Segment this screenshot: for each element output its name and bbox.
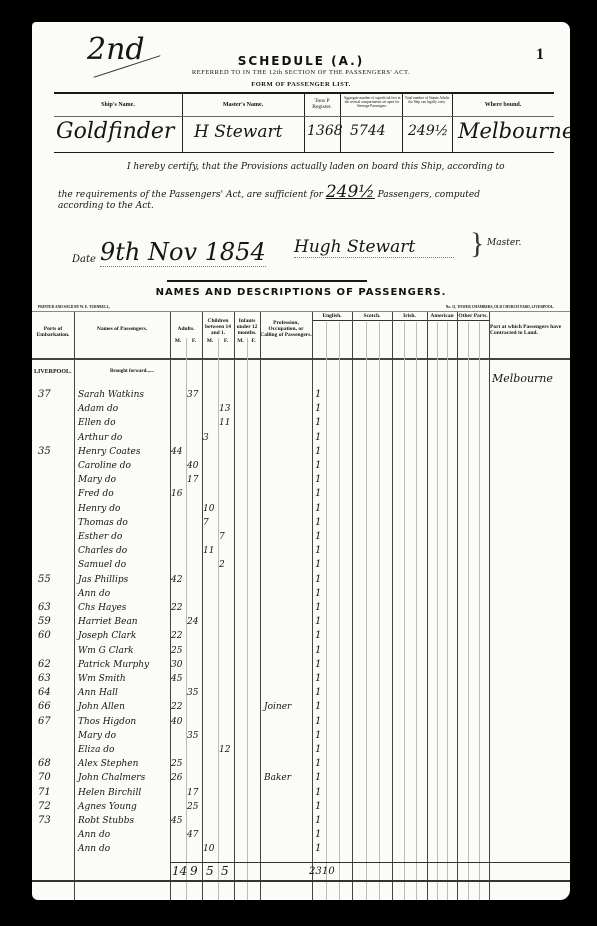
cell-cm: [203, 587, 218, 601]
cell-name: Henry Coates: [78, 445, 168, 459]
table-row: 37Sarah Watkins371: [32, 388, 570, 402]
header-children: Children between 14 and 1.: [202, 318, 234, 336]
cell-no: 62: [38, 658, 68, 672]
cell-af: [187, 502, 202, 516]
cell-cm: [203, 402, 218, 416]
cell-prof: [264, 786, 310, 800]
cell-eng: 1: [315, 672, 325, 686]
cell-cm: [203, 658, 218, 672]
cell-cm: [203, 715, 218, 729]
cell-am: 26: [171, 771, 186, 785]
cell-cm: 3: [203, 431, 218, 445]
statute-adults-value: 249½: [408, 123, 448, 139]
cell-prof: [264, 828, 310, 842]
cell-prof: [264, 587, 310, 601]
table-row: 70John Chalmers26Baker1: [32, 771, 570, 785]
cell-prof: [264, 672, 310, 686]
cell-eng: 1: [315, 530, 325, 544]
brought-forward-label: Brought forward......: [110, 369, 154, 374]
cell-am: [171, 828, 186, 842]
cell-prof: [264, 487, 310, 501]
cell-cf: [219, 700, 234, 714]
cell-cf: 2: [219, 558, 234, 572]
cell-af: [187, 516, 202, 530]
header-master-name: Master's Name.: [182, 102, 304, 108]
cell-prof: [264, 715, 310, 729]
cell-prof: [264, 629, 310, 643]
cell-eng: 1: [315, 445, 325, 459]
cell-name: Ellen do: [78, 416, 168, 430]
cell-am: 16: [171, 487, 186, 501]
cell-eng: 1: [315, 388, 325, 402]
cell-name: Fred do: [78, 487, 168, 501]
cell-name: Alex Stephen: [78, 757, 168, 771]
cell-am: [171, 516, 186, 530]
cell-eng: 1: [315, 715, 325, 729]
cell-am: [171, 431, 186, 445]
cell-name: Thos Higdon: [78, 715, 168, 729]
superficial-feet-value: 5744: [350, 123, 386, 139]
cell-cm: [203, 629, 218, 643]
cell-af: [187, 842, 202, 856]
header-port: Ports of Embarkation.: [32, 326, 74, 338]
cell-am: 25: [171, 644, 186, 658]
cell-prof: [264, 502, 310, 516]
header-where-bound: Where bound.: [452, 102, 554, 108]
where-bound-value: Melbourne: [458, 119, 570, 143]
cell-eng: 1: [315, 601, 325, 615]
cell-no: [38, 558, 68, 572]
table-row: 64Ann Hall351: [32, 686, 570, 700]
schedule-title: SCHEDULE (A.): [32, 54, 570, 68]
cell-eng: 1: [315, 459, 325, 473]
cell-no: [38, 743, 68, 757]
table-row: Thomas do71: [32, 516, 570, 530]
cell-no: [38, 544, 68, 558]
cell-af: [187, 416, 202, 430]
cell-eng: 1: [315, 842, 325, 856]
header-profession: Profession, Occupation, or Calling of Pa…: [260, 320, 312, 338]
certificate-line-3: according to the Act.: [58, 201, 154, 211]
cell-name: Caroline do: [78, 459, 168, 473]
cell-af: 17: [187, 473, 202, 487]
cell-eng: 1: [315, 402, 325, 416]
tons-value: 1368: [307, 123, 343, 139]
ship-name-value: Goldfinder: [56, 119, 174, 144]
passenger-list-document: 2nd 1 SCHEDULE (A.) REFERRED TO IN THE 1…: [32, 22, 570, 900]
cell-name: Robt Stubbs: [78, 814, 168, 828]
cell-cf: [219, 516, 234, 530]
cell-af: [187, 601, 202, 615]
table-row: Henry do101: [32, 502, 570, 516]
cell-eng: 1: [315, 516, 325, 530]
cell-prof: Baker: [264, 771, 310, 785]
cell-am: [171, 587, 186, 601]
cell-eng: 1: [315, 416, 325, 430]
cell-prof: [264, 757, 310, 771]
cell-no: [38, 530, 68, 544]
cell-no: [38, 487, 68, 501]
cell-eng: 1: [315, 757, 325, 771]
cell-am: [171, 544, 186, 558]
cell-no: 59: [38, 615, 68, 629]
cell-prof: [264, 814, 310, 828]
cell-no: [38, 729, 68, 743]
cell-no: 37: [38, 388, 68, 402]
cell-am: [171, 402, 186, 416]
cell-cm: [203, 800, 218, 814]
cell-eng: 1: [315, 828, 325, 842]
cell-eng: 1: [315, 743, 325, 757]
cell-prof: [264, 402, 310, 416]
cell-cm: [203, 672, 218, 686]
master-label: Master.: [487, 238, 521, 248]
cell-name: Eliza do: [78, 743, 168, 757]
cell-af: 40: [187, 459, 202, 473]
table-row: Ellen do111: [32, 416, 570, 430]
certificate-line-2a: the requirements of the Passengers' Act,…: [58, 190, 323, 200]
cell-no: [38, 516, 68, 530]
cell-cm: [203, 530, 218, 544]
cell-cm: [203, 459, 218, 473]
cell-cf: [219, 686, 234, 700]
cell-name: John Allen: [78, 700, 168, 714]
table-row: 63Chs Hayes221: [32, 601, 570, 615]
table-row: 60Joseph Clark221: [32, 629, 570, 643]
cell-name: Ann Hall: [78, 686, 168, 700]
cell-no: 72: [38, 800, 68, 814]
cell-prof: [264, 601, 310, 615]
destination-port-value: Melbourne: [492, 372, 553, 385]
cell-am: [171, 842, 186, 856]
total-children-m: 5: [206, 864, 214, 878]
cell-cf: [219, 459, 234, 473]
table-row: Eliza do121: [32, 743, 570, 757]
cell-cm: [203, 686, 218, 700]
cell-name: Ann do: [78, 828, 168, 842]
table-row: Mary do171: [32, 473, 570, 487]
cell-name: Ann do: [78, 842, 168, 856]
cell-name: Agnes Young: [78, 800, 168, 814]
cell-no: [38, 416, 68, 430]
cell-name: Esther do: [78, 530, 168, 544]
cell-cf: [219, 445, 234, 459]
schedule-subtitle: REFERRED TO IN THE 12th SECTION OF THE P…: [32, 69, 570, 76]
cell-cf: [219, 629, 234, 643]
cell-eng: 1: [315, 502, 325, 516]
cell-cf: [219, 431, 234, 445]
table-row: 62Patrick Murphy301: [32, 658, 570, 672]
cell-eng: 1: [315, 629, 325, 643]
cell-cm: [203, 700, 218, 714]
cell-cm: [203, 757, 218, 771]
cell-af: [187, 487, 202, 501]
ship-table: Ship's Name. Master's Name. Tons P Regis…: [54, 94, 554, 154]
table-row: Samuel do21: [32, 558, 570, 572]
passengers-section-title: NAMES AND DESCRIPTIONS OF PASSENGERS.: [32, 287, 570, 298]
cell-eng: 1: [315, 771, 325, 785]
cell-name: Ann do: [78, 587, 168, 601]
cell-no: 55: [38, 573, 68, 587]
cell-prof: [264, 473, 310, 487]
date-label: Date: [72, 254, 96, 265]
cell-am: [171, 743, 186, 757]
cell-prof: [264, 516, 310, 530]
cell-am: 45: [171, 814, 186, 828]
total-children-f: 5: [221, 864, 229, 878]
cell-am: 22: [171, 601, 186, 615]
cell-cf: [219, 672, 234, 686]
cell-cf: [219, 487, 234, 501]
certificate-line-2b: Passengers, computed: [378, 190, 480, 200]
header-destination-port: Port at which Passengers have Contracted…: [490, 324, 568, 336]
cell-am: 42: [171, 573, 186, 587]
table-row: 66John Allen22Joiner1: [32, 700, 570, 714]
cell-cf: 13: [219, 402, 234, 416]
cell-cm: [203, 644, 218, 658]
cell-name: Joseph Clark: [78, 629, 168, 643]
cell-cm: [203, 771, 218, 785]
cell-no: [38, 644, 68, 658]
certificate-line-1: I hereby certify, that the Provisions ac…: [127, 162, 505, 172]
cell-no: [38, 402, 68, 416]
cell-prof: [264, 445, 310, 459]
cell-eng: 1: [315, 686, 325, 700]
cell-cf: [219, 658, 234, 672]
cell-am: [171, 416, 186, 430]
cell-cm: [203, 388, 218, 402]
cell-cf: 12: [219, 743, 234, 757]
cell-prof: [264, 615, 310, 629]
cell-no: [38, 587, 68, 601]
cell-af: 24: [187, 615, 202, 629]
cell-prof: [264, 388, 310, 402]
table-row: 63Wm Smith451: [32, 672, 570, 686]
header-ship-name: Ship's Name.: [54, 102, 182, 108]
table-row: Mary do351: [32, 729, 570, 743]
cell-eng: 1: [315, 587, 325, 601]
cell-cm: [203, 473, 218, 487]
table-row: 59Harriet Bean241: [32, 615, 570, 629]
cell-af: [187, 672, 202, 686]
cell-no: [38, 842, 68, 856]
cell-af: [187, 558, 202, 572]
certificate-line-2: the requirements of the Passengers' Act,…: [58, 182, 480, 202]
table-row: 72Agnes Young251: [32, 800, 570, 814]
cell-cf: [219, 573, 234, 587]
cell-cm: 10: [203, 842, 218, 856]
cell-af: 47: [187, 828, 202, 842]
cell-cf: [219, 842, 234, 856]
cell-no: 63: [38, 672, 68, 686]
table-row: Wm G Clark251: [32, 644, 570, 658]
header-names: Names of Passengers.: [74, 326, 170, 332]
total-english-adults: 23: [309, 866, 322, 877]
cell-af: [187, 402, 202, 416]
cell-af: 37: [187, 388, 202, 402]
cell-eng: 1: [315, 473, 325, 487]
cell-name: Wm Smith: [78, 672, 168, 686]
cell-af: 25: [187, 800, 202, 814]
cell-eng: 1: [315, 658, 325, 672]
cell-cf: [219, 715, 234, 729]
cell-no: 63: [38, 601, 68, 615]
cell-name: Arthur do: [78, 431, 168, 445]
cell-eng: 1: [315, 800, 325, 814]
table-row: 67Thos Higdon401: [32, 715, 570, 729]
cell-cm: [203, 743, 218, 757]
cell-af: [187, 587, 202, 601]
cell-name: Harriet Bean: [78, 615, 168, 629]
cell-am: 22: [171, 629, 186, 643]
cell-cm: [203, 487, 218, 501]
cell-no: 60: [38, 629, 68, 643]
cell-af: 35: [187, 686, 202, 700]
cell-am: 22: [171, 700, 186, 714]
cell-am: [171, 800, 186, 814]
cell-am: [171, 502, 186, 516]
cell-cf: [219, 800, 234, 814]
table-row: Caroline do401: [32, 459, 570, 473]
cell-am: [171, 729, 186, 743]
cell-no: 64: [38, 686, 68, 700]
cell-cm: 11: [203, 544, 218, 558]
table-row: 55Jas Phillips421: [32, 573, 570, 587]
cell-cf: [219, 601, 234, 615]
signature-brace: }: [470, 227, 484, 261]
cell-name: Mary do: [78, 729, 168, 743]
header-scotch: Scotch.: [352, 313, 392, 319]
cell-af: [187, 743, 202, 757]
header-english: English.: [312, 313, 352, 319]
cell-af: [187, 445, 202, 459]
cell-name: Adam do: [78, 402, 168, 416]
cell-cf: [219, 786, 234, 800]
cell-cf: [219, 544, 234, 558]
cell-no: 70: [38, 771, 68, 785]
master-name-value: H Stewart: [194, 122, 282, 142]
cell-af: [187, 431, 202, 445]
cell-prof: [264, 644, 310, 658]
cell-prof: [264, 686, 310, 700]
cell-af: [187, 658, 202, 672]
cell-no: [38, 502, 68, 516]
cell-am: [171, 686, 186, 700]
cell-cf: [219, 644, 234, 658]
cell-cf: 11: [219, 416, 234, 430]
cell-af: [187, 629, 202, 643]
header-tons: Tons P Register.: [306, 98, 338, 110]
cell-cm: [203, 615, 218, 629]
cell-name: Charles do: [78, 544, 168, 558]
cell-cm: [203, 573, 218, 587]
table-row: Adam do131: [32, 402, 570, 416]
cell-name: Henry do: [78, 502, 168, 516]
cell-cf: [219, 473, 234, 487]
cell-af: 35: [187, 729, 202, 743]
date-value: 9th Nov 1854: [100, 238, 266, 267]
cell-cf: [219, 828, 234, 842]
cell-name: Samuel do: [78, 558, 168, 572]
cell-eng: 1: [315, 786, 325, 800]
cell-cm: [203, 729, 218, 743]
cell-af: [187, 544, 202, 558]
cell-name: Wm G Clark: [78, 644, 168, 658]
cell-name: Chs Hayes: [78, 601, 168, 615]
cell-eng: 1: [315, 544, 325, 558]
port-of-embarkation: LIVERPOOL.: [34, 369, 72, 375]
cell-eng: 1: [315, 558, 325, 572]
header-adults: Adults.: [170, 326, 202, 332]
master-signature: Hugh Stewart: [294, 237, 454, 258]
cell-name: Helen Birchill: [78, 786, 168, 800]
cell-name: John Chalmers: [78, 771, 168, 785]
cell-name: Thomas do: [78, 516, 168, 530]
cell-af: [187, 700, 202, 714]
cell-cf: 7: [219, 530, 234, 544]
cell-am: [171, 558, 186, 572]
cell-am: [171, 388, 186, 402]
header-other-parts: Other Parts.: [457, 313, 489, 319]
table-row: Ann do101: [32, 842, 570, 856]
cell-eng: 1: [315, 700, 325, 714]
cell-cm: [203, 814, 218, 828]
cell-cm: 7: [203, 516, 218, 530]
cell-no: [38, 828, 68, 842]
cell-prof: [264, 573, 310, 587]
printer-credit: PRINTED AND SOLD BY W. E. TURNBULL,: [38, 305, 110, 309]
cell-no: 35: [38, 445, 68, 459]
cell-am: [171, 473, 186, 487]
header-superficial-feet: Aggregate number of superficial feet in …: [343, 96, 401, 108]
header-irish: Irish.: [392, 313, 427, 319]
cell-name: Jas Phillips: [78, 573, 168, 587]
cell-cf: [219, 388, 234, 402]
cell-no: [38, 473, 68, 487]
cell-prof: [264, 658, 310, 672]
cell-name: Mary do: [78, 473, 168, 487]
table-row: Arthur do31: [32, 431, 570, 445]
table-row: 68Alex Stephen251: [32, 757, 570, 771]
cell-af: [187, 771, 202, 785]
cell-am: 25: [171, 757, 186, 771]
cell-no: 66: [38, 700, 68, 714]
cell-prof: [264, 530, 310, 544]
cell-af: [187, 814, 202, 828]
cell-prof: Joiner: [264, 700, 310, 714]
cell-prof: [264, 800, 310, 814]
cell-cm: [203, 786, 218, 800]
cell-am: [171, 530, 186, 544]
cell-cf: [219, 502, 234, 516]
cell-am: [171, 615, 186, 629]
table-row: Esther do71: [32, 530, 570, 544]
cell-cm: [203, 445, 218, 459]
cell-eng: 1: [315, 431, 325, 445]
header-infants: Infants under 12 months.: [234, 318, 260, 336]
cell-prof: [264, 416, 310, 430]
cell-eng: 1: [315, 814, 325, 828]
cell-prof: [264, 544, 310, 558]
cell-am: 44: [171, 445, 186, 459]
cell-eng: 1: [315, 644, 325, 658]
cell-no: [38, 459, 68, 473]
cell-no: [38, 431, 68, 445]
cell-eng: 1: [315, 573, 325, 587]
table-row: Ann do1: [32, 587, 570, 601]
cell-af: [187, 757, 202, 771]
certificate-provision-amount: 249½: [326, 182, 375, 202]
